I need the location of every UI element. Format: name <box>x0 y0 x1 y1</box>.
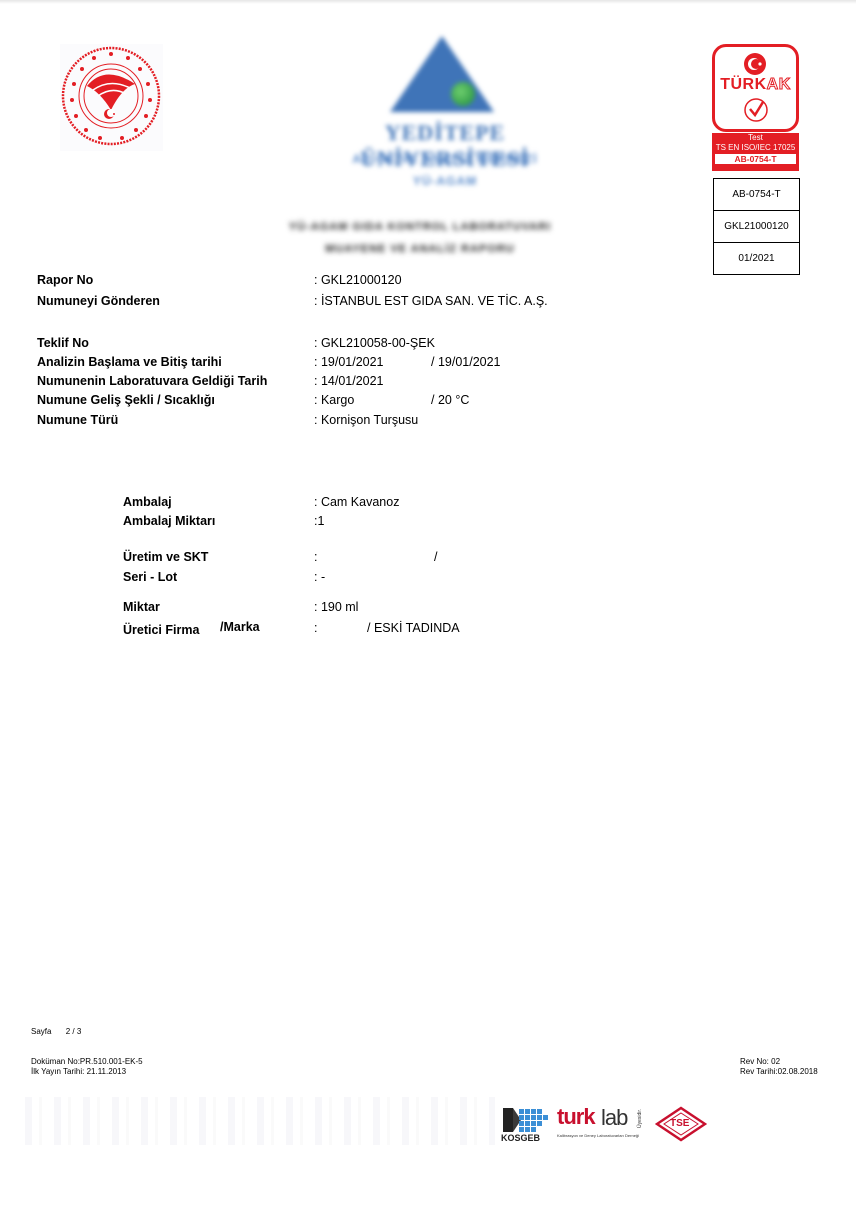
field-numuneyi-gonderen: Numuneyi Gönderen : İSTANBUL EST GIDA SA… <box>37 293 160 309</box>
revision-number: Rev No: 02 <box>740 1057 818 1067</box>
sample-uretici-firma: Üretici Firma /Marka : / ESKİ TADINDA <box>123 620 199 636</box>
tse-text: TSE <box>670 1118 689 1129</box>
sample-label: Üretim ve SKT <box>123 550 208 564</box>
field-gelis-sekli: Numune Geliş Şekli / Sıcaklığı : Kargo /… <box>37 392 215 408</box>
turklab-subtitle: Kalibrasyon ve Deney Laboratuvarları Der… <box>557 1133 639 1138</box>
sample-label-2: /Marka <box>220 619 260 635</box>
first-publication-date: İlk Yayın Tarihi: 21.11.2013 <box>31 1067 143 1077</box>
checkmark-icon <box>743 97 769 123</box>
sample-ambalaj: Ambalaj : Cam Kavanoz <box>123 494 172 510</box>
turklab-logo: turk lab Kalibrasyon ve Deney Laboratuva… <box>557 1104 649 1144</box>
page-indicator: Sayfa 2 / 3 <box>31 1027 81 1037</box>
sample-value: :1 <box>314 513 324 529</box>
field-teklif-no: Teklif No : GKL210058-00-ŞEK <box>37 335 89 351</box>
turkak-code: AB-0754-T <box>715 154 796 164</box>
sample-label: Ambalaj Miktarı <box>123 514 215 528</box>
field-gelis-tarihi: Numunenin Laboratuvara Geldiği Tarih : 1… <box>37 373 267 389</box>
report-period: 01/2021 <box>714 242 799 274</box>
turkak-name: TÜRKAK <box>712 76 799 94</box>
field-value: : 19/01/2021 <box>314 354 384 370</box>
report-title: YÜ-AGAM GIDA KONTROL LABORATUVARI MUAYEN… <box>230 216 610 260</box>
sample-ambalaj-miktari: Ambalaj Miktarı :1 <box>123 513 215 529</box>
field-value: : Kargo <box>314 392 354 408</box>
field-value-2: / 20 °C <box>431 392 469 408</box>
sample-label: Seri - Lot <box>123 570 177 584</box>
turklab-turk: turk <box>557 1104 595 1130</box>
sample-value: : <box>314 549 317 565</box>
field-label: Numuneyi Gönderen <box>37 294 160 308</box>
field-label: Analizin Başlama ve Bitiş tarihi <box>37 355 222 369</box>
sample-value: : Cam Kavanoz <box>314 494 399 510</box>
turkak-accreditation-logo: TÜRKAK Test TS EN ISO/IEC 17025 AB-0754-… <box>712 44 799 170</box>
turkak-standard: TS EN ISO/IEC 17025 <box>712 143 799 153</box>
sample-seri-lot: Seri - Lot : - <box>123 569 177 585</box>
field-rapor-no: Rapor No : GKL21000120 <box>37 272 93 288</box>
center-name: AR-GE VE ANALİZ MERKEZİ <box>300 152 590 166</box>
center-abbrev: YÜ-AGAM <box>300 174 590 188</box>
field-value: : GKL210058-00-ŞEK <box>314 335 435 351</box>
field-value: : 14/01/2021 <box>314 373 384 389</box>
page-label: Sayfa <box>31 1027 51 1036</box>
turkak-type: Test <box>712 133 799 143</box>
report-code: GKL21000120 <box>714 210 799 242</box>
field-label: Numune Türü <box>37 413 118 427</box>
field-value: : İSTANBUL EST GIDA SAN. VE TİC. A.Ş. <box>314 293 548 309</box>
field-label: Rapor No <box>37 273 93 287</box>
revision-info: Rev No: 02 Rev Tarihi:02.08.2018 <box>740 1057 818 1077</box>
accreditation-codes-box: AB-0754-T GKL21000120 01/2021 <box>713 178 800 275</box>
turklab-member: Üyesidir. <box>637 1109 643 1128</box>
page-top-shadow <box>0 0 856 4</box>
field-value: : Kornişon Turşusu <box>314 412 418 428</box>
crescent-star-icon <box>743 52 767 76</box>
faded-barcode <box>25 1097 495 1145</box>
sample-miktar: Miktar : 190 ml <box>123 599 160 615</box>
report-title-line1: YÜ-AGAM GIDA KONTROL LABORATUVARI <box>230 216 610 238</box>
globe-icon <box>451 82 475 106</box>
sample-value-2: / <box>434 549 437 565</box>
sample-label: Ambalaj <box>123 495 172 509</box>
field-label: Teklif No <box>37 336 89 350</box>
document-info: Doküman No:PR.510.001-EK-5 İlk Yayın Tar… <box>31 1057 143 1077</box>
field-label: Numune Geliş Şekli / Sıcaklığı <box>37 393 215 407</box>
sample-label: Üretici Firma <box>123 623 199 637</box>
sample-label: Miktar <box>123 600 160 614</box>
sample-uretim-skt: Üretim ve SKT : / <box>123 549 208 565</box>
field-label: Numunenin Laboratuvara Geldiği Tarih <box>37 374 267 388</box>
report-title-line2: MUAYENE VE ANALİZ RAPORU <box>230 238 610 260</box>
accreditation-code: AB-0754-T <box>714 179 799 210</box>
kosgeb-text: KOSGEB <box>501 1133 540 1143</box>
field-value: : GKL21000120 <box>314 272 402 288</box>
page-number: 2 / 3 <box>66 1027 82 1036</box>
triangle-logo-icon <box>390 36 494 112</box>
turklab-lab: lab <box>601 1105 627 1131</box>
tse-logo: TSE <box>655 1106 707 1142</box>
field-analiz-tarihi: Analizin Başlama ve Bitiş tarihi : 19/01… <box>37 354 222 370</box>
sample-value-2: / ESKİ TADINDA <box>367 620 460 636</box>
turkak-band: Test TS EN ISO/IEC 17025 AB-0754-T <box>712 133 799 171</box>
kosgeb-logo: KOSGEB <box>501 1106 551 1144</box>
document-number: Doküman No:PR.510.001-EK-5 <box>31 1057 143 1067</box>
ministry-seal-logo <box>60 44 163 151</box>
field-value-2: / 19/01/2021 <box>431 354 501 370</box>
university-logo: YEDİTEPE ÜNİVERSİTESİ AR-GE VE ANALİZ ME… <box>300 36 590 196</box>
sample-value: : - <box>314 569 325 585</box>
field-numune-turu: Numune Türü : Kornişon Turşusu <box>37 412 118 428</box>
sample-value: : <box>314 620 317 636</box>
sample-value: : 190 ml <box>314 599 358 615</box>
revision-date: Rev Tarihi:02.08.2018 <box>740 1067 818 1077</box>
